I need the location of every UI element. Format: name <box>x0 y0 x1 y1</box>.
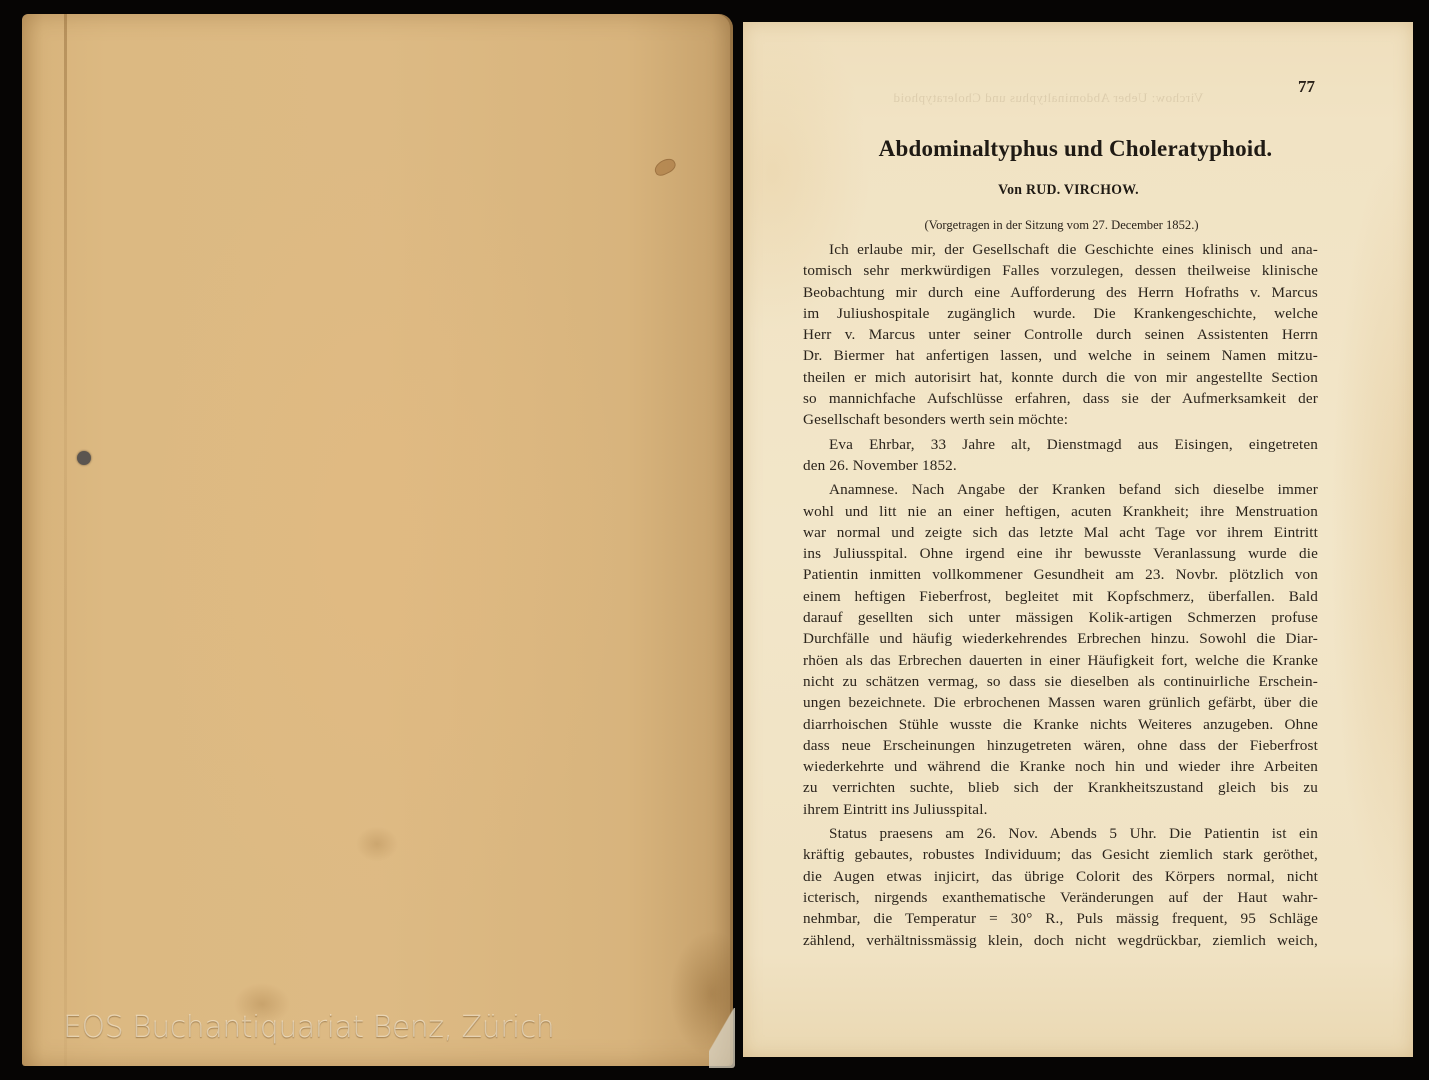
paragraph-anamnese: Anamnese. Nach Angabe der Kranken befand… <box>803 479 1318 820</box>
text-line: wiederkehrte und während die Kranke noch… <box>803 756 1318 777</box>
text-line: rhöen als das Erbrechen dauerten in eine… <box>803 650 1318 671</box>
text-line: Beobachtung mir durch eine Aufforderung … <box>803 282 1318 303</box>
text-line: nicht zu schätzen vermag, so dass sie di… <box>803 671 1318 692</box>
text-line: die Augen etwas injicirt, das übrige Col… <box>803 866 1318 887</box>
front-cover <box>22 14 733 1066</box>
bleed-through-header: Virchow: Ueber Abdominaltyphus und Chole… <box>893 90 1203 106</box>
watermark: EOS Buchantiquariat Benz, Zürich <box>63 1010 554 1045</box>
text-line: theilen er mich autorisirt hat, konnte d… <box>803 367 1318 388</box>
article-subtitle: (Vorgetragen in der Sitzung vom 27. Dece… <box>805 217 1318 233</box>
text-line: darauf gesellten sich unter mässigen Kol… <box>803 607 1318 628</box>
text-line: Anamnese. Nach Angabe der Kranken befand… <box>803 479 1318 500</box>
article-title: Abdominaltyphus und Choleratyphoid. <box>833 134 1318 164</box>
article: Abdominaltyphus und Choleratyphoid. Von … <box>803 134 1318 951</box>
cover-corner-wear <box>709 1008 735 1068</box>
text-line: ins Juliusspital. Ohne irgend eine ihr b… <box>803 543 1318 564</box>
text-line: zählend, verhältnissmässig klein, doch n… <box>803 930 1318 951</box>
text-page: Virchow: Ueber Abdominaltyphus und Chole… <box>743 22 1413 1057</box>
cover-binding-hole <box>77 451 91 465</box>
cover-stain <box>652 156 678 178</box>
text-line: dass neue Erscheinungen hinzugetreten wä… <box>803 735 1318 756</box>
text-line: kräftig gebautes, robustes Individuum; d… <box>803 844 1318 865</box>
text-line: Eva Ehrbar, 33 Jahre alt, Dienstmagd aus… <box>803 434 1318 455</box>
text-line: Status praesens am 26. Nov. Abends 5 Uhr… <box>803 823 1318 844</box>
text-line: diarrhoischen Stühle wusste die Kranke n… <box>803 714 1318 735</box>
page-number: 77 <box>1298 77 1315 97</box>
paragraph-intro: Ich erlaube mir, der Gesellschaft die Ge… <box>803 239 1318 431</box>
article-body: Ich erlaube mir, der Gesellschaft die Ge… <box>803 239 1318 951</box>
text-line: ungen bezeichnete. Die erbrochenen Masse… <box>803 692 1318 713</box>
text-line: Herr v. Marcus unter seiner Controlle du… <box>803 324 1318 345</box>
cover-spine-fold <box>64 14 67 1066</box>
text-line: Dr. Biermer hat anfertigen lassen, und w… <box>803 345 1318 366</box>
text-line: wohl und litt nie an einer heftigen, acu… <box>803 501 1318 522</box>
text-line: tomisch sehr merkwürdigen Falles vorzule… <box>803 260 1318 281</box>
text-line: ihrem Eintritt ins Juliusspital. <box>803 799 1318 820</box>
paragraph-status-praesens: Status praesens am 26. Nov. Abends 5 Uhr… <box>803 823 1318 951</box>
text-line: Patientin inmitten vollkommener Gesundhe… <box>803 564 1318 585</box>
text-line: im Juliushospitale zugänglich wurde. Die… <box>803 303 1318 324</box>
text-line: den 26. November 1852. <box>803 455 1318 476</box>
text-line: war normal und zeigte sich das letzte Ma… <box>803 522 1318 543</box>
article-author: Von RUD. VIRCHOW. <box>839 180 1298 200</box>
text-line: nehmbar, die Temperatur = 30° R., Puls m… <box>803 908 1318 929</box>
text-line: Ich erlaube mir, der Gesellschaft die Ge… <box>803 239 1318 260</box>
text-line: icterisch, nirgends exanthematische Verä… <box>803 887 1318 908</box>
text-line: einem heftigen Fieberfrost, begleitet mi… <box>803 586 1318 607</box>
text-line: so mannichfache Aufschlüsse erfahren, da… <box>803 388 1318 409</box>
text-line: zu verrichten suchte, blieb sich der Kra… <box>803 777 1318 798</box>
scan-scene: EOS Buchantiquariat Benz, Zürich Virchow… <box>0 0 1429 1080</box>
paragraph-patient: Eva Ehrbar, 33 Jahre alt, Dienstmagd aus… <box>803 434 1318 477</box>
text-line: Gesellschaft besonders werth sein möchte… <box>803 409 1318 430</box>
text-line: Durchfälle und häufig wiederkehrendes Er… <box>803 628 1318 649</box>
